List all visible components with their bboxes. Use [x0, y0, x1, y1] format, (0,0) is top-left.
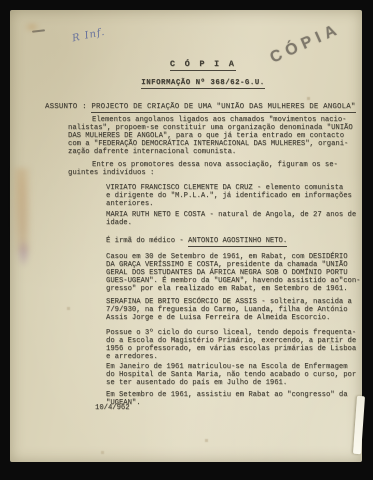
entry-serafina: SERAFINA DE BRITO ESCÓRCIO DE ASSIS - so… [106, 298, 364, 322]
entry-maria: MARIA RUTH NETO E COSTA - natural de Ang… [106, 211, 364, 227]
handwritten-annotation: R Inf. [71, 27, 106, 45]
document-title: C Ó P I A [10, 52, 362, 68]
info-number-text: INFORMAÇÃO Nº 368/62-G.U. [141, 79, 264, 89]
entry-serafina-nursing: Em Janeiro de 1961 matriculou-se na Esco… [106, 363, 364, 387]
document-page: R Inf. CÓPIA C Ó P I A INFORMAÇÃO Nº 368… [10, 10, 362, 462]
sister-line-prefix: É irmã do médico - [106, 237, 188, 245]
sister-line-name: ANTONIO AGOSTINHO NETO. [188, 237, 287, 247]
individuals-section: VIRIATO FRANCISCO CLEMENTE DA CRUZ - ele… [106, 184, 364, 407]
entry-viriato: VIRIATO FRANCISCO CLEMENTE DA CRUZ - ele… [106, 184, 364, 208]
promoters-lead-paragraph: Entre os promotores dessa nova associaçã… [68, 161, 368, 177]
paper-stain [24, 22, 40, 32]
scanned-document-canvas: R Inf. CÓPIA C Ó P I A INFORMAÇÃO Nº 368… [0, 0, 373, 480]
paper-specks [10, 10, 11, 11]
entry-maria-marriage: Casou em 30 de Setembro de 1961, em Raba… [106, 253, 364, 293]
document-date: 10/4/962 [95, 404, 130, 412]
subject-line: ASSUNTO : PROJECTO DE CRIAÇÃO DE UMA "UN… [45, 95, 373, 111]
subject-label: ASSUNTO : [45, 103, 91, 111]
subject-text: PROJECTO DE CRIAÇÃO DE UMA "UNIÃO DAS MU… [91, 103, 355, 113]
entry-serafina-congress: Em Setembro de 1961, assistiu em Rabat a… [106, 391, 364, 407]
entry-serafina-education: Possue o 3º ciclo do curso liceal, tendo… [106, 329, 364, 361]
document-title-text: C Ó P I A [170, 59, 236, 71]
entry-maria-sister-line: É irmã do médico - ANTONIO AGOSTINHO NET… [106, 229, 364, 245]
intro-paragraph: Elementos angolanos ligados aos chamados… [68, 116, 368, 156]
paper-stain [16, 238, 31, 268]
info-number-line: INFORMAÇÃO Nº 368/62-G.U. [10, 71, 362, 87]
